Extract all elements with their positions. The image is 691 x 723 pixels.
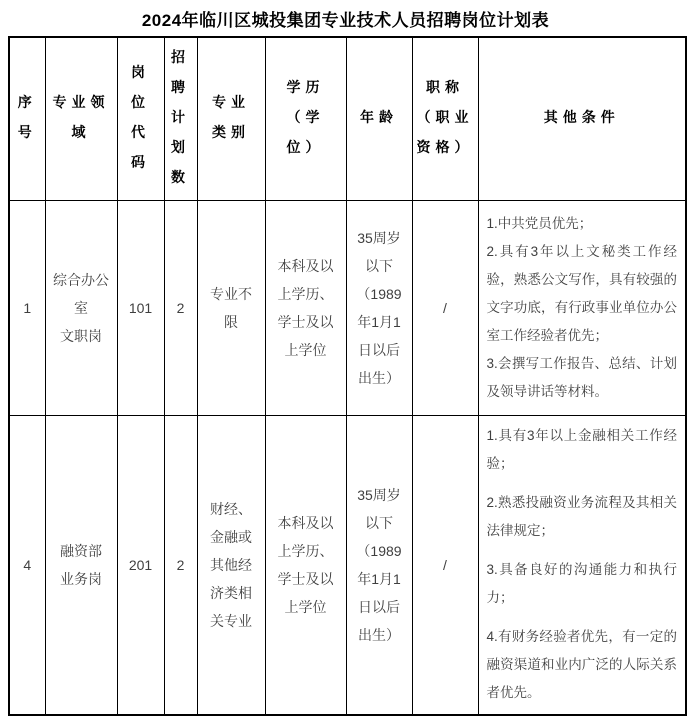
cell-code: 201 bbox=[117, 415, 164, 715]
condition-item: 2.具有3年以上文秘类工作经验，熟悉公文写作，具有较强的文字功底，有行政事业单位… bbox=[487, 238, 678, 350]
header-code: 岗 位 代 码 bbox=[117, 37, 164, 200]
cell-education: 本科及以上学历、学士及以上学位 bbox=[265, 200, 346, 415]
cell-qualification: / bbox=[412, 415, 478, 715]
cell-field: 融资部 业务岗 bbox=[45, 415, 117, 715]
condition-item: 4.有财务经验者优先，有一定的融资渠道和业内广泛的人际关系者优先。 bbox=[487, 623, 678, 707]
header-education: 学历 （学 位） bbox=[265, 37, 346, 200]
table-row: 1 综合办公室 文职岗 101 2 专业不限 本科及以上学历、学士及以上学位 3… bbox=[9, 200, 686, 415]
cell-count: 2 bbox=[164, 415, 197, 715]
condition-item: 3.具备良好的沟通能力和执行力； bbox=[487, 556, 678, 612]
page-title: 2024年临川区城投集团专业技术人员招聘岗位计划表 bbox=[0, 9, 691, 32]
cell-education: 本科及以上学历、学士及以上学位 bbox=[265, 415, 346, 715]
condition-item: 1.中共党员优先； bbox=[487, 210, 678, 238]
header-category: 专业 类别 bbox=[197, 37, 265, 200]
condition-item: 3.会撰写工作报告、总结、计划及领导讲话等材料。 bbox=[487, 350, 678, 406]
header-field: 专业领 域 bbox=[45, 37, 117, 200]
cell-category: 财经、金融或其他经济类相关专业 bbox=[197, 415, 265, 715]
header-other-conditions: 其他条件 bbox=[478, 37, 686, 200]
cell-category: 专业不限 bbox=[197, 200, 265, 415]
recruitment-plan-table: 序 号 专业领 域 岗 位 代 码 招 聘 计 划 数 专业 类别 学历 （学 … bbox=[8, 36, 687, 716]
cell-count: 2 bbox=[164, 200, 197, 415]
condition-item: 1.具有3年以上金融相关工作经验； bbox=[487, 422, 678, 478]
header-age: 年龄 bbox=[346, 37, 412, 200]
cell-code: 101 bbox=[117, 200, 164, 415]
cell-other-conditions: 1.中共党员优先； 2.具有3年以上文秘类工作经验，熟悉公文写作，具有较强的文字… bbox=[478, 200, 686, 415]
table-header-row: 序 号 专业领 域 岗 位 代 码 招 聘 计 划 数 专业 类别 学历 （学 … bbox=[9, 37, 686, 200]
cell-other-conditions: 1.具有3年以上金融相关工作经验； 2.熟悉投融资业务流程及其相关法律规定； 3… bbox=[478, 415, 686, 715]
header-seq: 序 号 bbox=[9, 37, 45, 200]
cell-field: 综合办公室 文职岗 bbox=[45, 200, 117, 415]
cell-seq: 1 bbox=[9, 200, 45, 415]
cell-seq: 4 bbox=[9, 415, 45, 715]
header-count: 招 聘 计 划 数 bbox=[164, 37, 197, 200]
page: 2024年临川区城投集团专业技术人员招聘岗位计划表 序 号 专业领 域 岗 位 … bbox=[0, 0, 691, 723]
condition-item: 2.熟悉投融资业务流程及其相关法律规定； bbox=[487, 489, 678, 545]
table-row: 4 融资部 业务岗 201 2 财经、金融或其他经济类相关专业 本科及以上学历、… bbox=[9, 415, 686, 715]
cell-qualification: / bbox=[412, 200, 478, 415]
cell-age: 35周岁以下（1989年1月1日以后出生） bbox=[346, 415, 412, 715]
header-qualification: 职称 （职业 资格） bbox=[412, 37, 478, 200]
cell-age: 35周岁以下（1989年1月1日以后出生） bbox=[346, 200, 412, 415]
